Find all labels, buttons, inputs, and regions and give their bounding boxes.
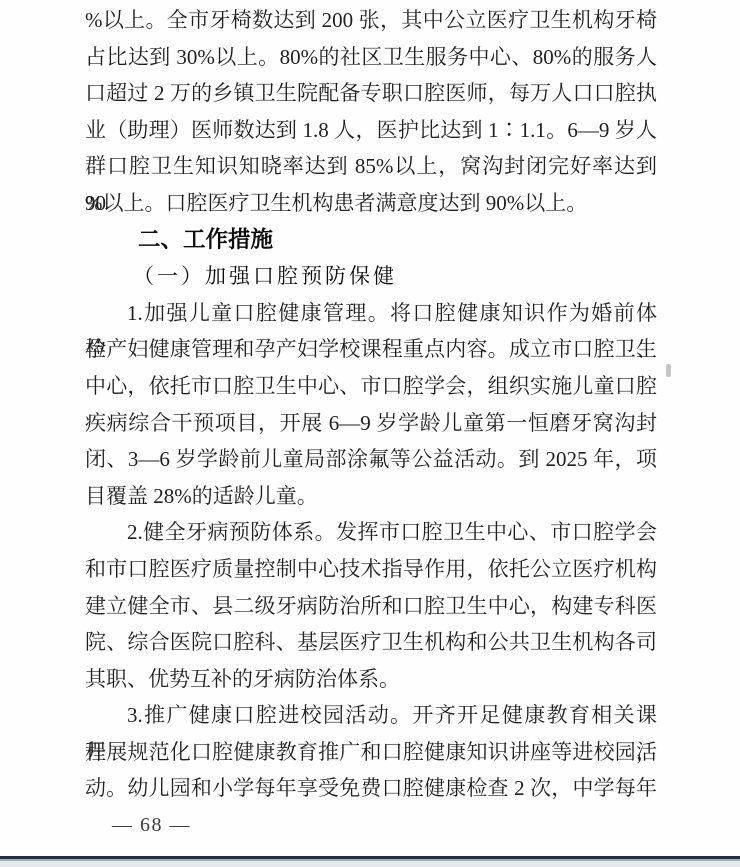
scan-artifact-mark bbox=[666, 364, 671, 377]
subsection-heading: （一）加强口腔预防保健 bbox=[85, 258, 657, 295]
paragraph-line: %以上。口腔医疗卫生机构患者满意度达到 90%以上。 bbox=[85, 185, 657, 222]
paragraph-line: 闭、3—6 岁学龄前儿童局部涂氟等公益活动。到 2025 年，项 bbox=[85, 441, 657, 478]
scanned-document-page: %以上。全市牙椅数达到 200 张，其中公立医疗卫生机构牙椅 占比达到 30%以… bbox=[0, 0, 740, 867]
paragraph-line: 开展规范化口腔健康教育推广和口腔健康知识讲座等进校园活 bbox=[85, 734, 657, 771]
paragraph-line: %以上。全市牙椅数达到 200 张，其中公立医疗卫生机构牙椅 bbox=[85, 2, 657, 39]
paragraph-line: 院、综合医院口腔科、基层医疗卫生机构和公共卫生机构各司 bbox=[85, 624, 657, 661]
paragraph-line: 1.加强儿童口腔健康管理。将口腔健康知识作为婚前体检、 bbox=[85, 295, 657, 332]
paragraph-line: 孕产妇健康管理和孕产妇学校课程重点内容。成立市口腔卫生 bbox=[85, 331, 657, 368]
paragraph-line: 2.健全牙病预防体系。发挥市口腔卫生中心、市口腔学会 bbox=[85, 514, 657, 551]
paragraph-line: 其职、优势互补的牙病防治体系。 bbox=[85, 661, 657, 698]
paragraph-line: 和市口腔医疗质量控制中心技术指导作用，依托公立医疗机构 bbox=[85, 551, 657, 588]
page-number: — 68 — bbox=[85, 807, 657, 844]
paragraph-line: 疾病综合干预项目，开展 6—9 岁学龄儿童第一恒磨牙窝沟封 bbox=[85, 405, 657, 442]
paragraph-line: 口超过 2 万的乡镇卫生院配备专职口腔医师，每万人口口腔执 bbox=[85, 75, 657, 112]
document-content: %以上。全市牙椅数达到 200 张，其中公立医疗卫生机构牙椅 占比达到 30%以… bbox=[85, 2, 657, 844]
paragraph-line: 业（助理）医师数达到 1.8 人，医护比达到 1∶1.1。6—9 岁人 bbox=[85, 112, 657, 149]
paragraph-line: 中心，依托市口腔卫生中心、市口腔学会，组织实施儿童口腔 bbox=[85, 368, 657, 405]
paragraph-line: 建立健全市、县二级牙病防治所和口腔卫生中心，构建专科医 bbox=[85, 588, 657, 625]
paragraph-line: 群口腔卫生知识知晓率达到 85%以上，窝沟封闭完好率达到 90 bbox=[85, 148, 657, 185]
paragraph-line: 目覆盖 28%的适龄儿童。 bbox=[85, 478, 657, 515]
paragraph-line: 占比达到 30%以上。80%的社区卫生服务中心、80%的服务人 bbox=[85, 39, 657, 76]
scan-bottom-edge-shadow bbox=[0, 861, 740, 867]
section-heading: 二、工作措施 bbox=[85, 222, 657, 259]
paragraph-line: 3.推广健康口腔进校园活动。开齐开足健康教育相关课程， bbox=[85, 697, 657, 734]
paragraph-line: 动。幼儿园和小学每年享受免费口腔健康检查 2 次，中学每年 bbox=[85, 770, 657, 807]
